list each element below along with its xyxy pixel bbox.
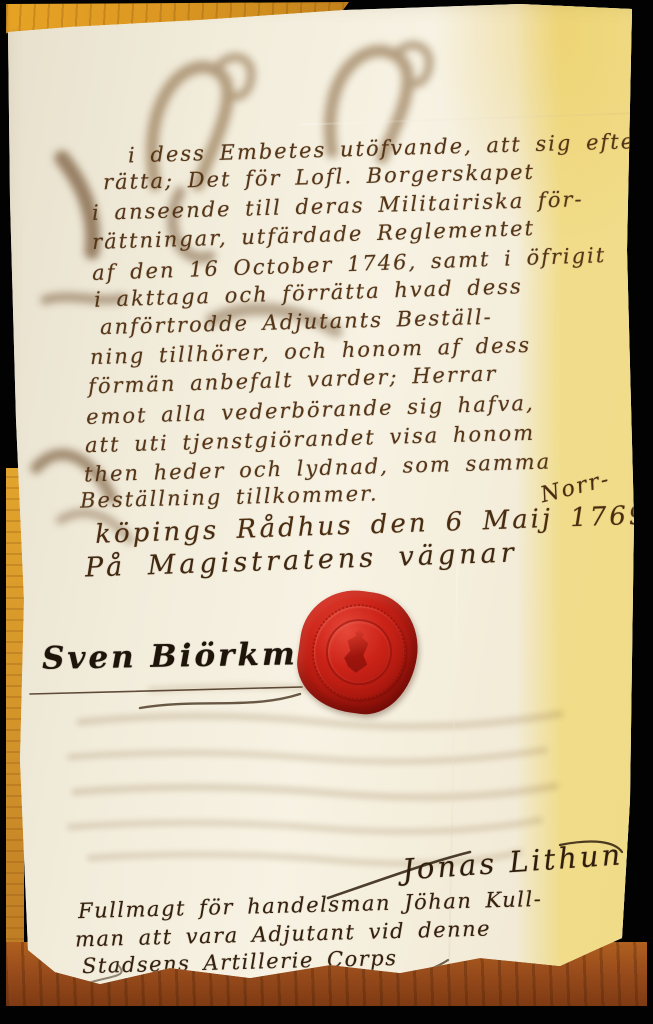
handwriting-line: i dess Embetes utöfvande, att sig efter- [128, 129, 653, 168]
photo-frame: i dess Embetes utöfvande, att sig efter-… [0, 0, 653, 1024]
wax-seal [291, 583, 425, 720]
paper-sheet: i dess Embetes utöfvande, att sig efter-… [0, 0, 653, 1024]
paper-crease-horizontal [300, 112, 630, 126]
handwriting-line: Beställning tillkommer. [80, 481, 379, 512]
signature-jonas-lithun: Jonas Lithun [401, 837, 624, 886]
handwriting-line: anförtrodde Adjutants Beställ- [100, 305, 493, 339]
endorsement-line: man att vara Adjutant vid denne [75, 917, 492, 952]
